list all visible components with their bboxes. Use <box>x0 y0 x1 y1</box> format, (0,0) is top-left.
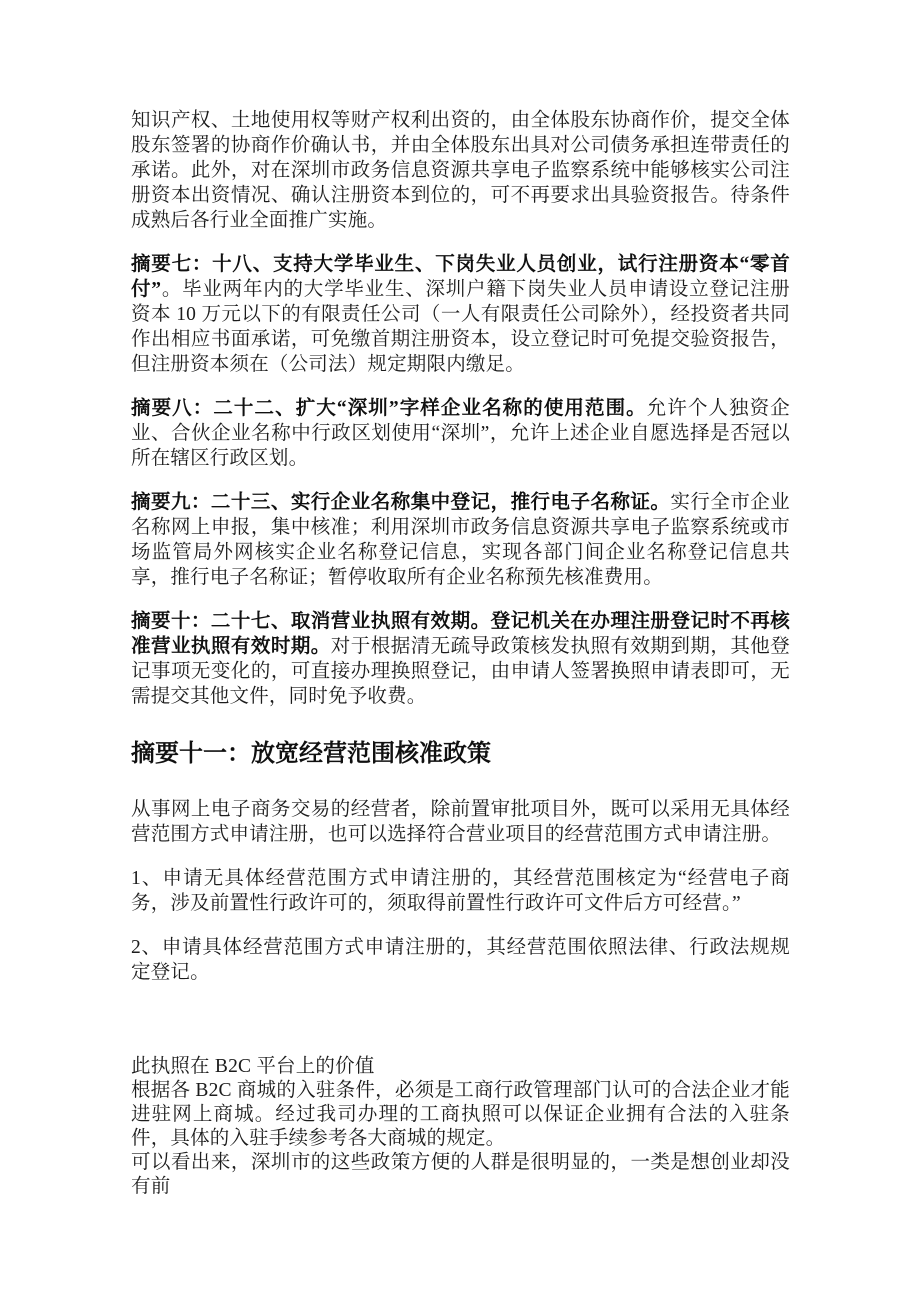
tail-line-title: 此执照在 B2C 平台上的价值 <box>131 1055 790 1079</box>
paragraph-scope-item-2: 2、申请具体经营范围方式申请注册的，其经营范围依照法律、行政法规规定登记。 <box>131 935 790 985</box>
tail-line-body: 根据各 B2C 商城的入驻条件，必须是工商行政管理部门认可的合法企业才能进驻网上… <box>131 1079 790 1151</box>
paragraph-text: 2、申请具体经营范围方式申请注册的，其经营范围依照法律、行政法规规定登记。 <box>131 937 790 983</box>
paragraph-lead-bold: 摘要九：二十三、实行企业名称集中登记，推行电子名称证。 <box>131 492 670 513</box>
paragraph-continuation: 知识产权、土地使用权等财产权利出资的，由全体股东协商作价，提交全体股东签署的协商… <box>131 108 790 233</box>
paragraph-text: 知识产权、土地使用权等财产权利出资的，由全体股东协商作价，提交全体股东签署的协商… <box>131 110 790 231</box>
tail-line-cutoff: 可以看出来，深圳市的这些政策方便的人群是很明显的，一类是想创业却没有前 <box>131 1151 790 1199</box>
document-content: 知识产权、土地使用权等财产权利出资的，由全体股东协商作价，提交全体股东签署的协商… <box>0 0 920 1199</box>
paragraph-summary-10: 摘要十：二十七、取消营业执照有效期。登记机关在办理注册登记时不再核准营业执照有效… <box>131 609 790 709</box>
paragraph-lead-bold: 摘要八：二十二、扩大“深圳”字样企业名称的使用范围。 <box>131 398 647 419</box>
paragraph-text: 从事网上电子商务交易的经营者，除前置审批项目外，既可以采用无具体经营范围方式申请… <box>131 799 790 845</box>
paragraph-summary-7: 摘要七：十八、支持大学毕业生、下岗失业人员创业，试行注册资本“零首付”。毕业两年… <box>131 252 790 377</box>
paragraph-summary-8: 摘要八：二十二、扩大“深圳”字样企业名称的使用范围。允许个人独资企业、合伙企业名… <box>131 396 790 471</box>
paragraph-scope-intro: 从事网上电子商务交易的经营者，除前置审批项目外，既可以采用无具体经营范围方式申请… <box>131 797 790 847</box>
tail-block: 此执照在 B2C 平台上的价值 根据各 B2C 商城的入驻条件，必须是工商行政管… <box>131 1055 790 1199</box>
paragraph-scope-item-1: 1、申请无具体经营范围方式申请注册的，其经营范围核定为“经营电子商务，涉及前置性… <box>131 866 790 916</box>
section-heading-summary-11: 摘要十一：放宽经营范围核准政策 <box>131 737 790 771</box>
paragraph-text: 1、申请无具体经营范围方式申请注册的，其经营范围核定为“经营电子商务，涉及前置性… <box>131 868 790 914</box>
paragraph-text: 。毕业两年内的大学毕业生、深圳户籍下岗失业人员申请设立登记注册资本 10 万元以… <box>131 279 790 375</box>
paragraph-summary-9: 摘要九：二十三、实行企业名称集中登记，推行电子名称证。实行全市企业名称网上申报，… <box>131 490 790 590</box>
document-page: 知识产权、土地使用权等财产权利出资的，由全体股东协商作价，提交全体股东签署的协商… <box>0 0 920 1302</box>
